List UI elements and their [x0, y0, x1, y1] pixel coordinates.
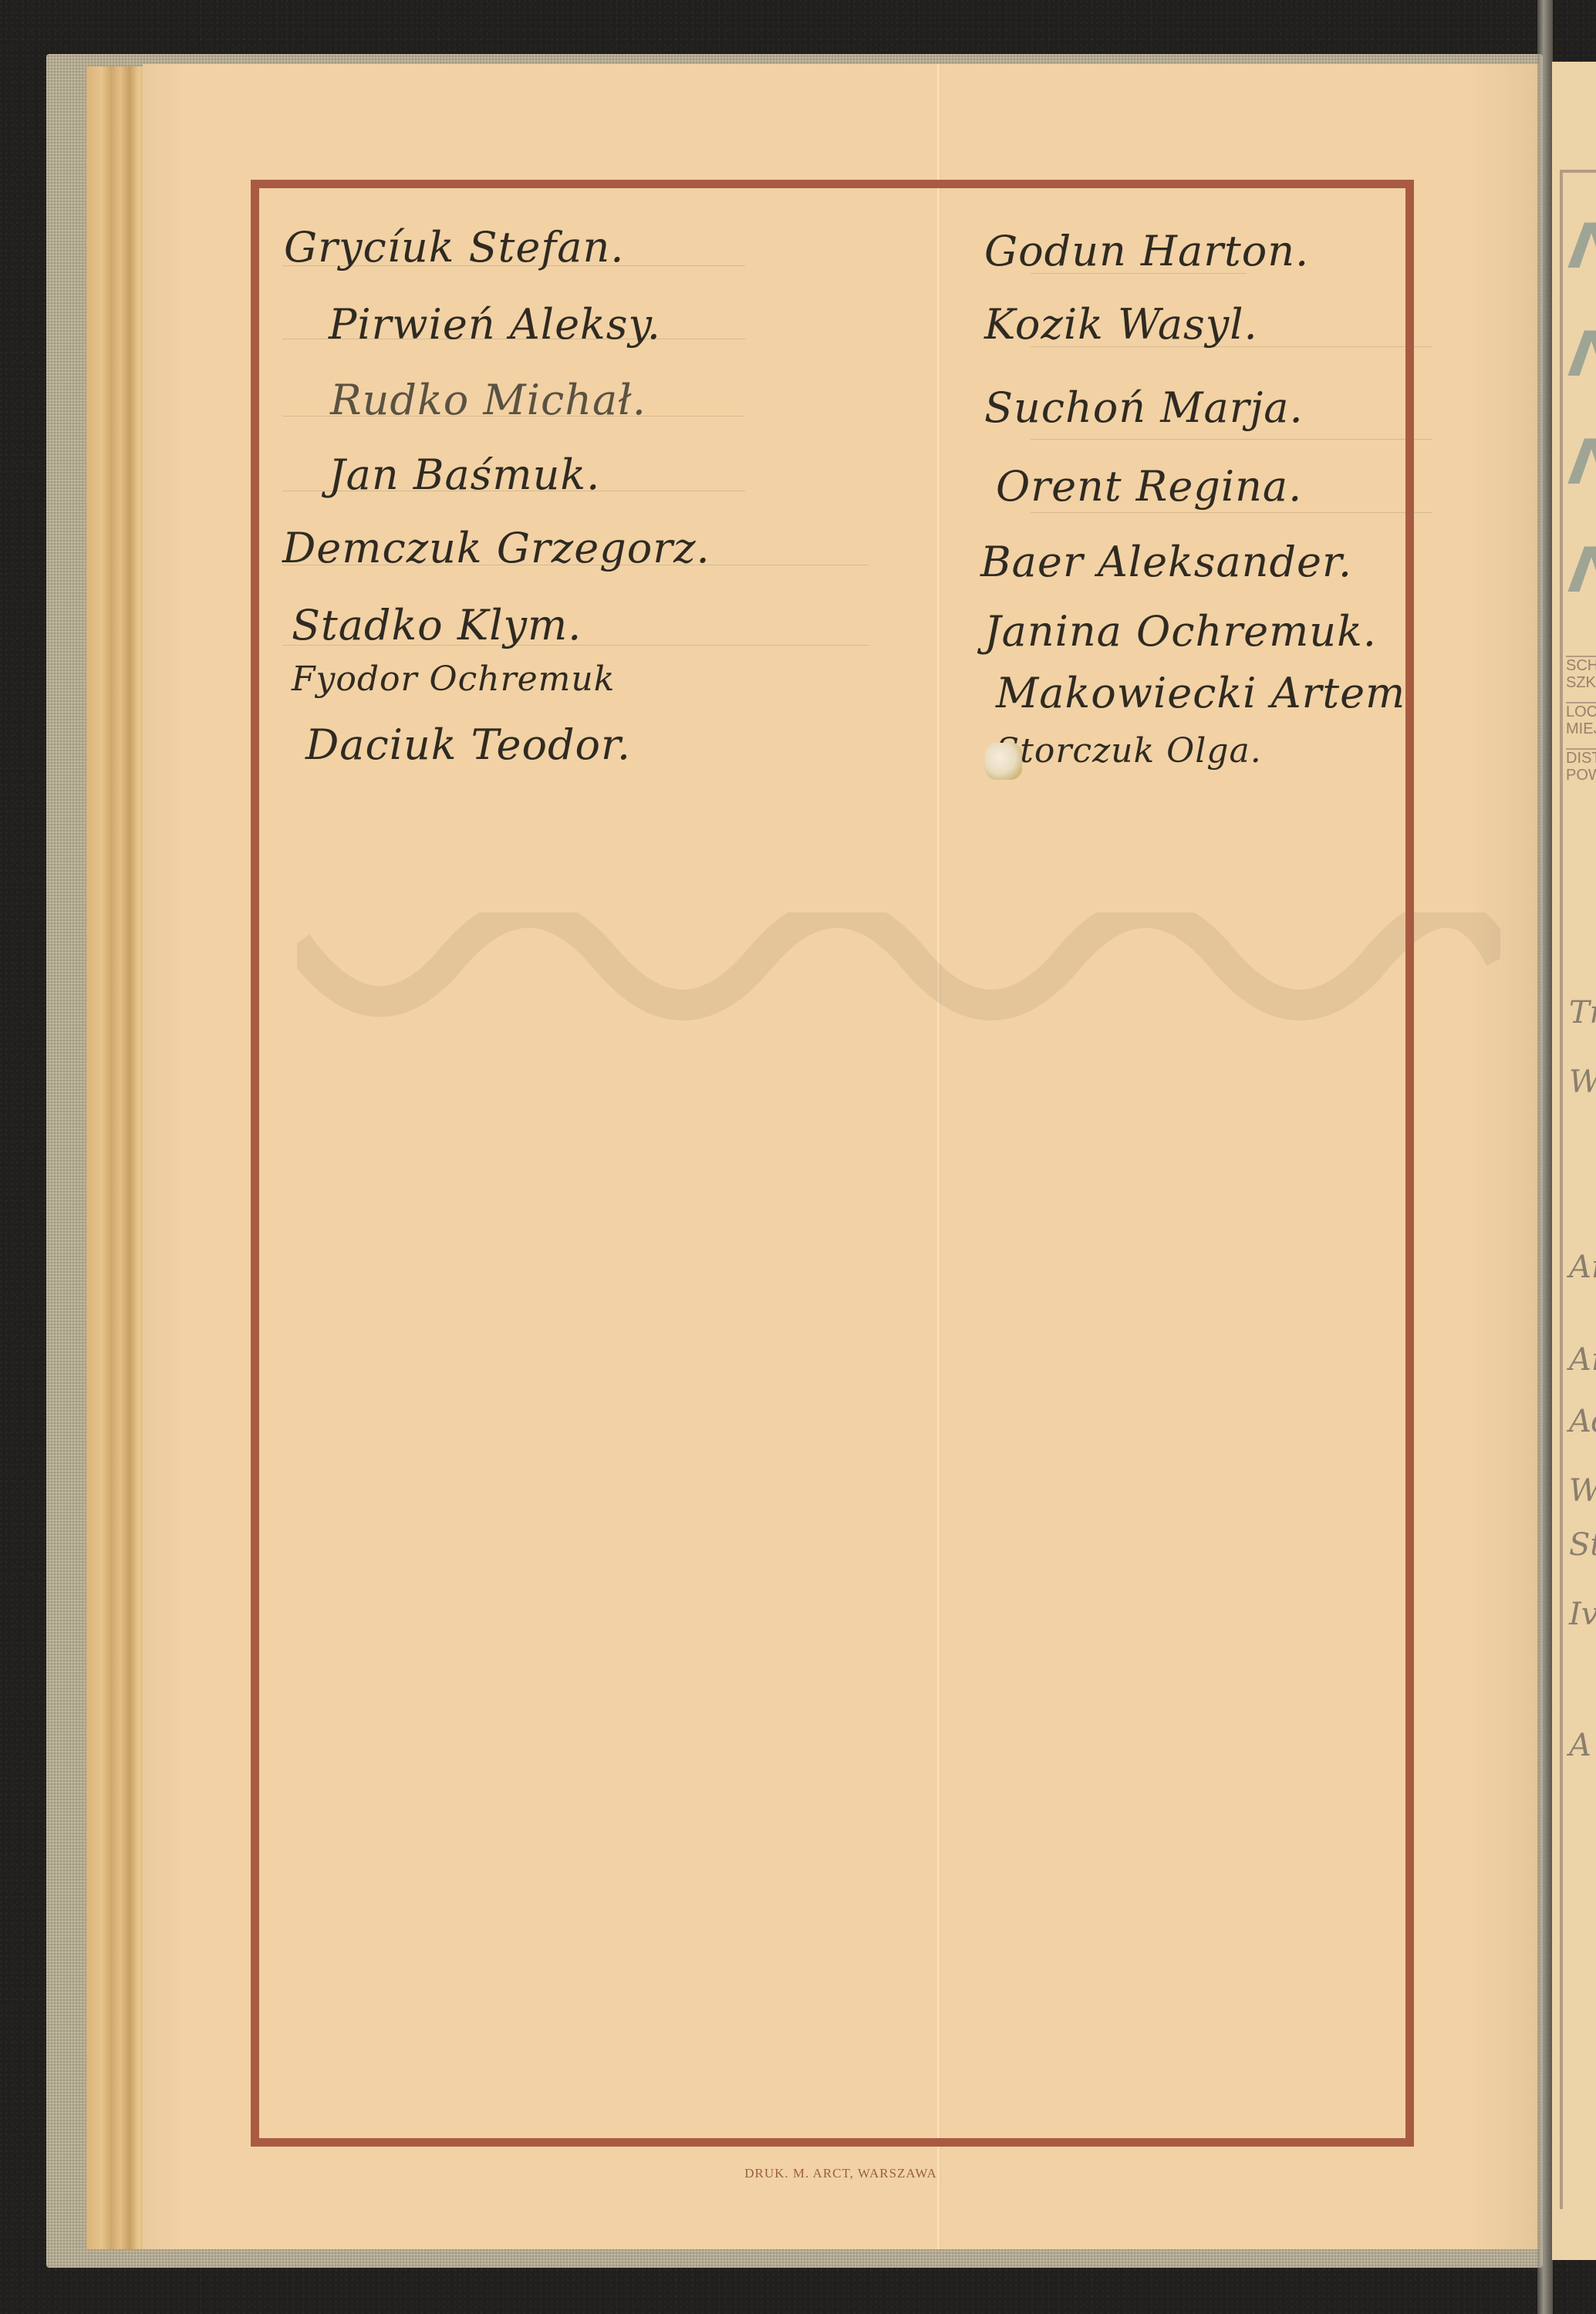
name-entry: Makowiecki Artem — [996, 673, 1405, 714]
red-frame-border: Grycíuk Stefan. Pirwień Aleksy. Rudko Mi… — [251, 180, 1414, 2147]
adjacent-handwriting: A — [1569, 1728, 1591, 1763]
adjacent-label: SCHOO SZKOŁA — [1566, 656, 1596, 691]
adjacent-handwriting: Ana — [1569, 1342, 1596, 1378]
paper-stain — [985, 743, 1022, 780]
name-entry: Suchoń Marja. — [984, 387, 1304, 429]
name-entry: Stadko Klym. — [292, 605, 582, 646]
name-entry: Orent Regina. — [996, 466, 1302, 508]
adjacent-handwriting: Ann — [1569, 1250, 1596, 1285]
adjacent-label: LOCAL MIEJSC — [1566, 702, 1596, 737]
adjacent-label: DISTRI POWIA — [1566, 748, 1596, 784]
name-entry: Kozik Wasyl. — [984, 304, 1258, 346]
adjacent-handwriting: Step — [1569, 1527, 1596, 1563]
name-entry: Janina Ochremuk. — [984, 611, 1377, 653]
name-entry: Fyodor Ochremuk — [292, 663, 615, 697]
page-stack-edges — [86, 66, 148, 2249]
name-entry: Daciuk Teodor. — [305, 724, 631, 766]
name-entry: Storczuk Olga. — [996, 734, 1262, 768]
ornament-icon: Λ — [1567, 432, 1596, 494]
name-entry: Grycíuk Stefan. — [284, 227, 624, 268]
adjacent-handwriting: Wier — [1569, 1064, 1596, 1100]
adjacent-handwriting: Ada — [1569, 1404, 1596, 1439]
name-entry: Baer Aleksander. — [980, 541, 1352, 583]
ornament-icon: Λ — [1567, 216, 1596, 278]
ornament-icon: Λ — [1567, 540, 1596, 602]
register-page: Grycíuk Stefan. Pirwień Aleksy. Rudko Mi… — [143, 64, 1539, 2249]
printer-imprint: DRUK. M. ARCT, WARSZAWA — [143, 2166, 1539, 2181]
name-entry: Jan Baśmuk. — [329, 454, 600, 496]
adjacent-handwriting: Tryo — [1569, 995, 1596, 1031]
adjacent-page-edge: Λ Λ Λ Λ SCHOO SZKOŁA LOCAL MIEJSC DISTRI… — [1552, 62, 1596, 2260]
name-entry: Demczuk Grzegorz. — [282, 528, 710, 569]
name-entry: Rudko Michał. — [330, 379, 646, 421]
guide-line — [1031, 512, 1432, 513]
frame-content: Grycíuk Stefan. Pirwień Aleksy. Rudko Mi… — [259, 188, 1405, 2138]
name-entry: Godun Harton. — [984, 231, 1309, 272]
ornament-icon: Λ — [1567, 324, 1596, 386]
name-entry: Pirwień Aleksy. — [329, 304, 661, 346]
guide-line — [1031, 439, 1432, 440]
adjacent-handwriting: Iva — [1569, 1597, 1596, 1632]
book-gutter — [1537, 0, 1553, 2314]
adjacent-handwriting: Wa — [1569, 1473, 1596, 1509]
